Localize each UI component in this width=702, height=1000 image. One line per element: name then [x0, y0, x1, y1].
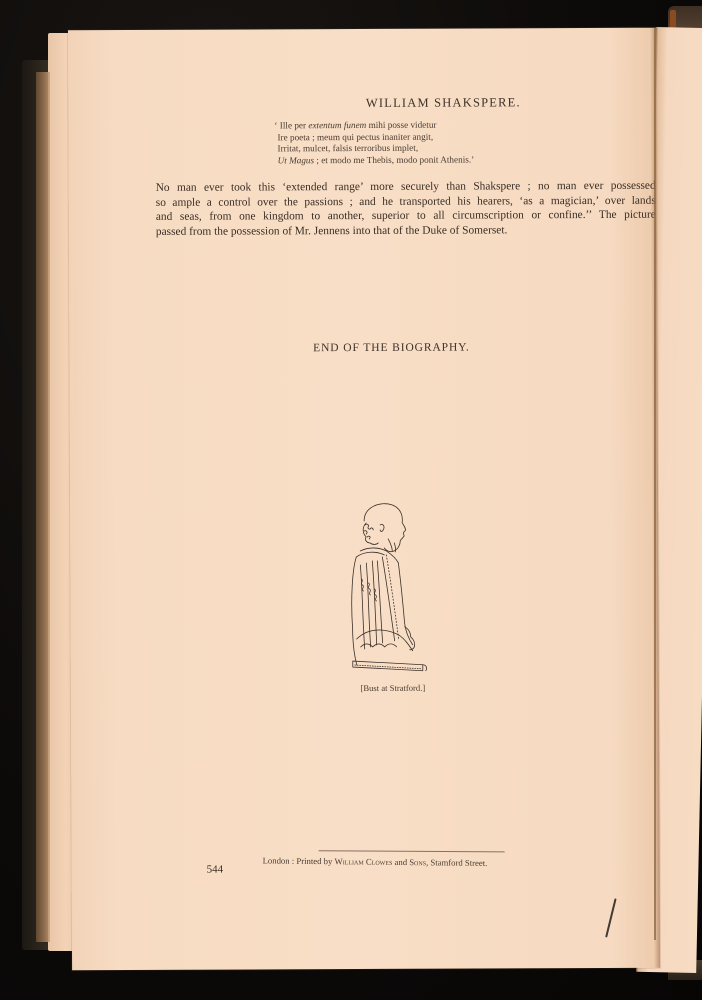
epigraph-line: ‘ Ille per extentum funem mihi posse vid… [274, 120, 474, 132]
paragraph-line: and seas, from one kingdom to another, s… [156, 208, 656, 225]
latin-epigraph: ‘ Ille per extentum funem mihi posse vid… [274, 120, 474, 167]
shakespeare-bust-icon [342, 499, 443, 679]
paragraph-line: No man ever took this ‘extended range’ m… [156, 179, 656, 196]
running-head: WILLIAM SHAKSPERE. [323, 95, 563, 111]
illustration-caption: [Bust at Stratford.] [323, 683, 463, 694]
paragraph-line: passed from the possession of Mr. Jennen… [156, 223, 656, 240]
page-gutter-edge [654, 28, 656, 940]
bust-illustration [342, 499, 443, 679]
end-of-biography-heading: END OF THE BIOGRAPHY. [291, 341, 491, 354]
body-paragraph: No man ever took this ‘extended range’ m… [156, 179, 656, 240]
book-cover-inner-edge [36, 72, 50, 942]
book-page: WILLIAM SHAKSPERE. ‘ Ille per extentum f… [68, 28, 660, 971]
epigraph-line: Ire poeta ; meum qui pectus inaniter ang… [274, 131, 474, 143]
page-number: 544 [207, 864, 224, 876]
pencil-mark [605, 898, 616, 937]
printer-imprint: London : Printed by William Clowes and S… [263, 855, 488, 868]
page-content: WILLIAM SHAKSPERE. ‘ Ille per extentum f… [68, 28, 660, 971]
epigraph-line: Ut Magus ; et modo me Thebis, modo ponit… [275, 154, 475, 166]
epigraph-line: Irritat, mulcet, falsis terroribus imple… [274, 143, 474, 155]
footer-rule [319, 850, 505, 852]
